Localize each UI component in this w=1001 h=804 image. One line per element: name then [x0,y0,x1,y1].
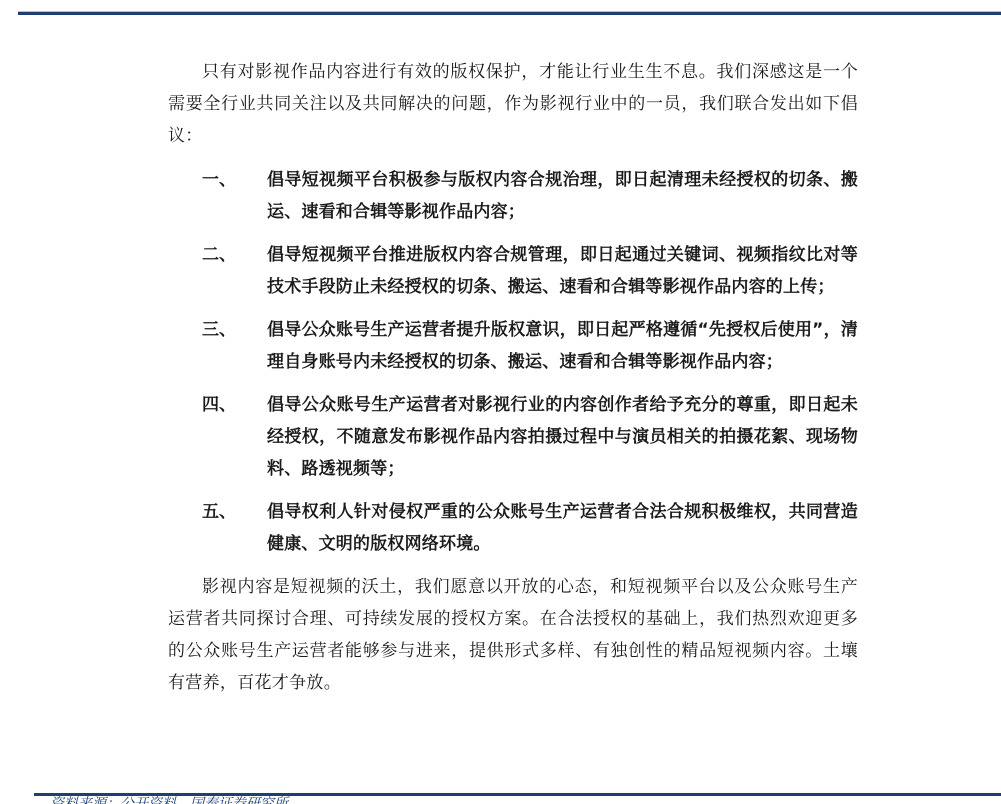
source-caption: 资料来源：公开资料，国泰证券研究所 [50,796,288,804]
list-text: 倡导短视频平台推进版权内容合规管理，即日起通过关键词、视频指纹比对等技术手段防止… [267,239,858,303]
list-item: 四、 倡导公众账号生产运营者对影视行业的内容创作者给予充分的尊重，即日起未经授权… [168,389,858,485]
list-text: 倡导公众账号生产运营者提升版权意识，即日起严格遵循“先授权后使用”，清理自身账号… [267,314,858,378]
list-number: 一、 [168,164,267,228]
proposal-list: 一、 倡导短视频平台积极参与版权内容合规治理，即日起清理未经授权的切条、搬运、速… [168,164,858,560]
closing-paragraph: 影视内容是短视频的沃土，我们愿意以开放的心态，和短视频平台以及公众账号生产运营者… [168,571,858,699]
list-number: 四、 [168,389,267,485]
document-body: 只有对影视作品内容进行有效的版权保护，才能让行业生生不息。我们深感这是一个需要全… [168,56,858,699]
list-item: 三、 倡导公众账号生产运营者提升版权意识，即日起严格遵循“先授权后使用”，清理自… [168,314,858,378]
list-number: 二、 [168,239,267,303]
intro-paragraph: 只有对影视作品内容进行有效的版权保护，才能让行业生生不息。我们深感这是一个需要全… [168,56,858,152]
list-text: 倡导权利人针对侵权严重的公众账号生产运营者合法合规积极维权，共同营造健康、文明的… [267,496,858,560]
list-item: 二、 倡导短视频平台推进版权内容合规管理，即日起通过关键词、视频指纹比对等技术手… [168,239,858,303]
list-number: 五、 [168,496,267,560]
list-number: 三、 [168,314,267,378]
list-item: 五、 倡导权利人针对侵权严重的公众账号生产运营者合法合规积极维权，共同营造健康、… [168,496,858,560]
list-text: 倡导公众账号生产运营者对影视行业的内容创作者给予充分的尊重，即日起未经授权，不随… [267,389,858,485]
list-item: 一、 倡导短视频平台积极参与版权内容合规治理，即日起清理未经授权的切条、搬运、速… [168,164,858,228]
list-text: 倡导短视频平台积极参与版权内容合规治理，即日起清理未经授权的切条、搬运、速看和合… [267,164,858,228]
header-rule [18,12,1001,15]
